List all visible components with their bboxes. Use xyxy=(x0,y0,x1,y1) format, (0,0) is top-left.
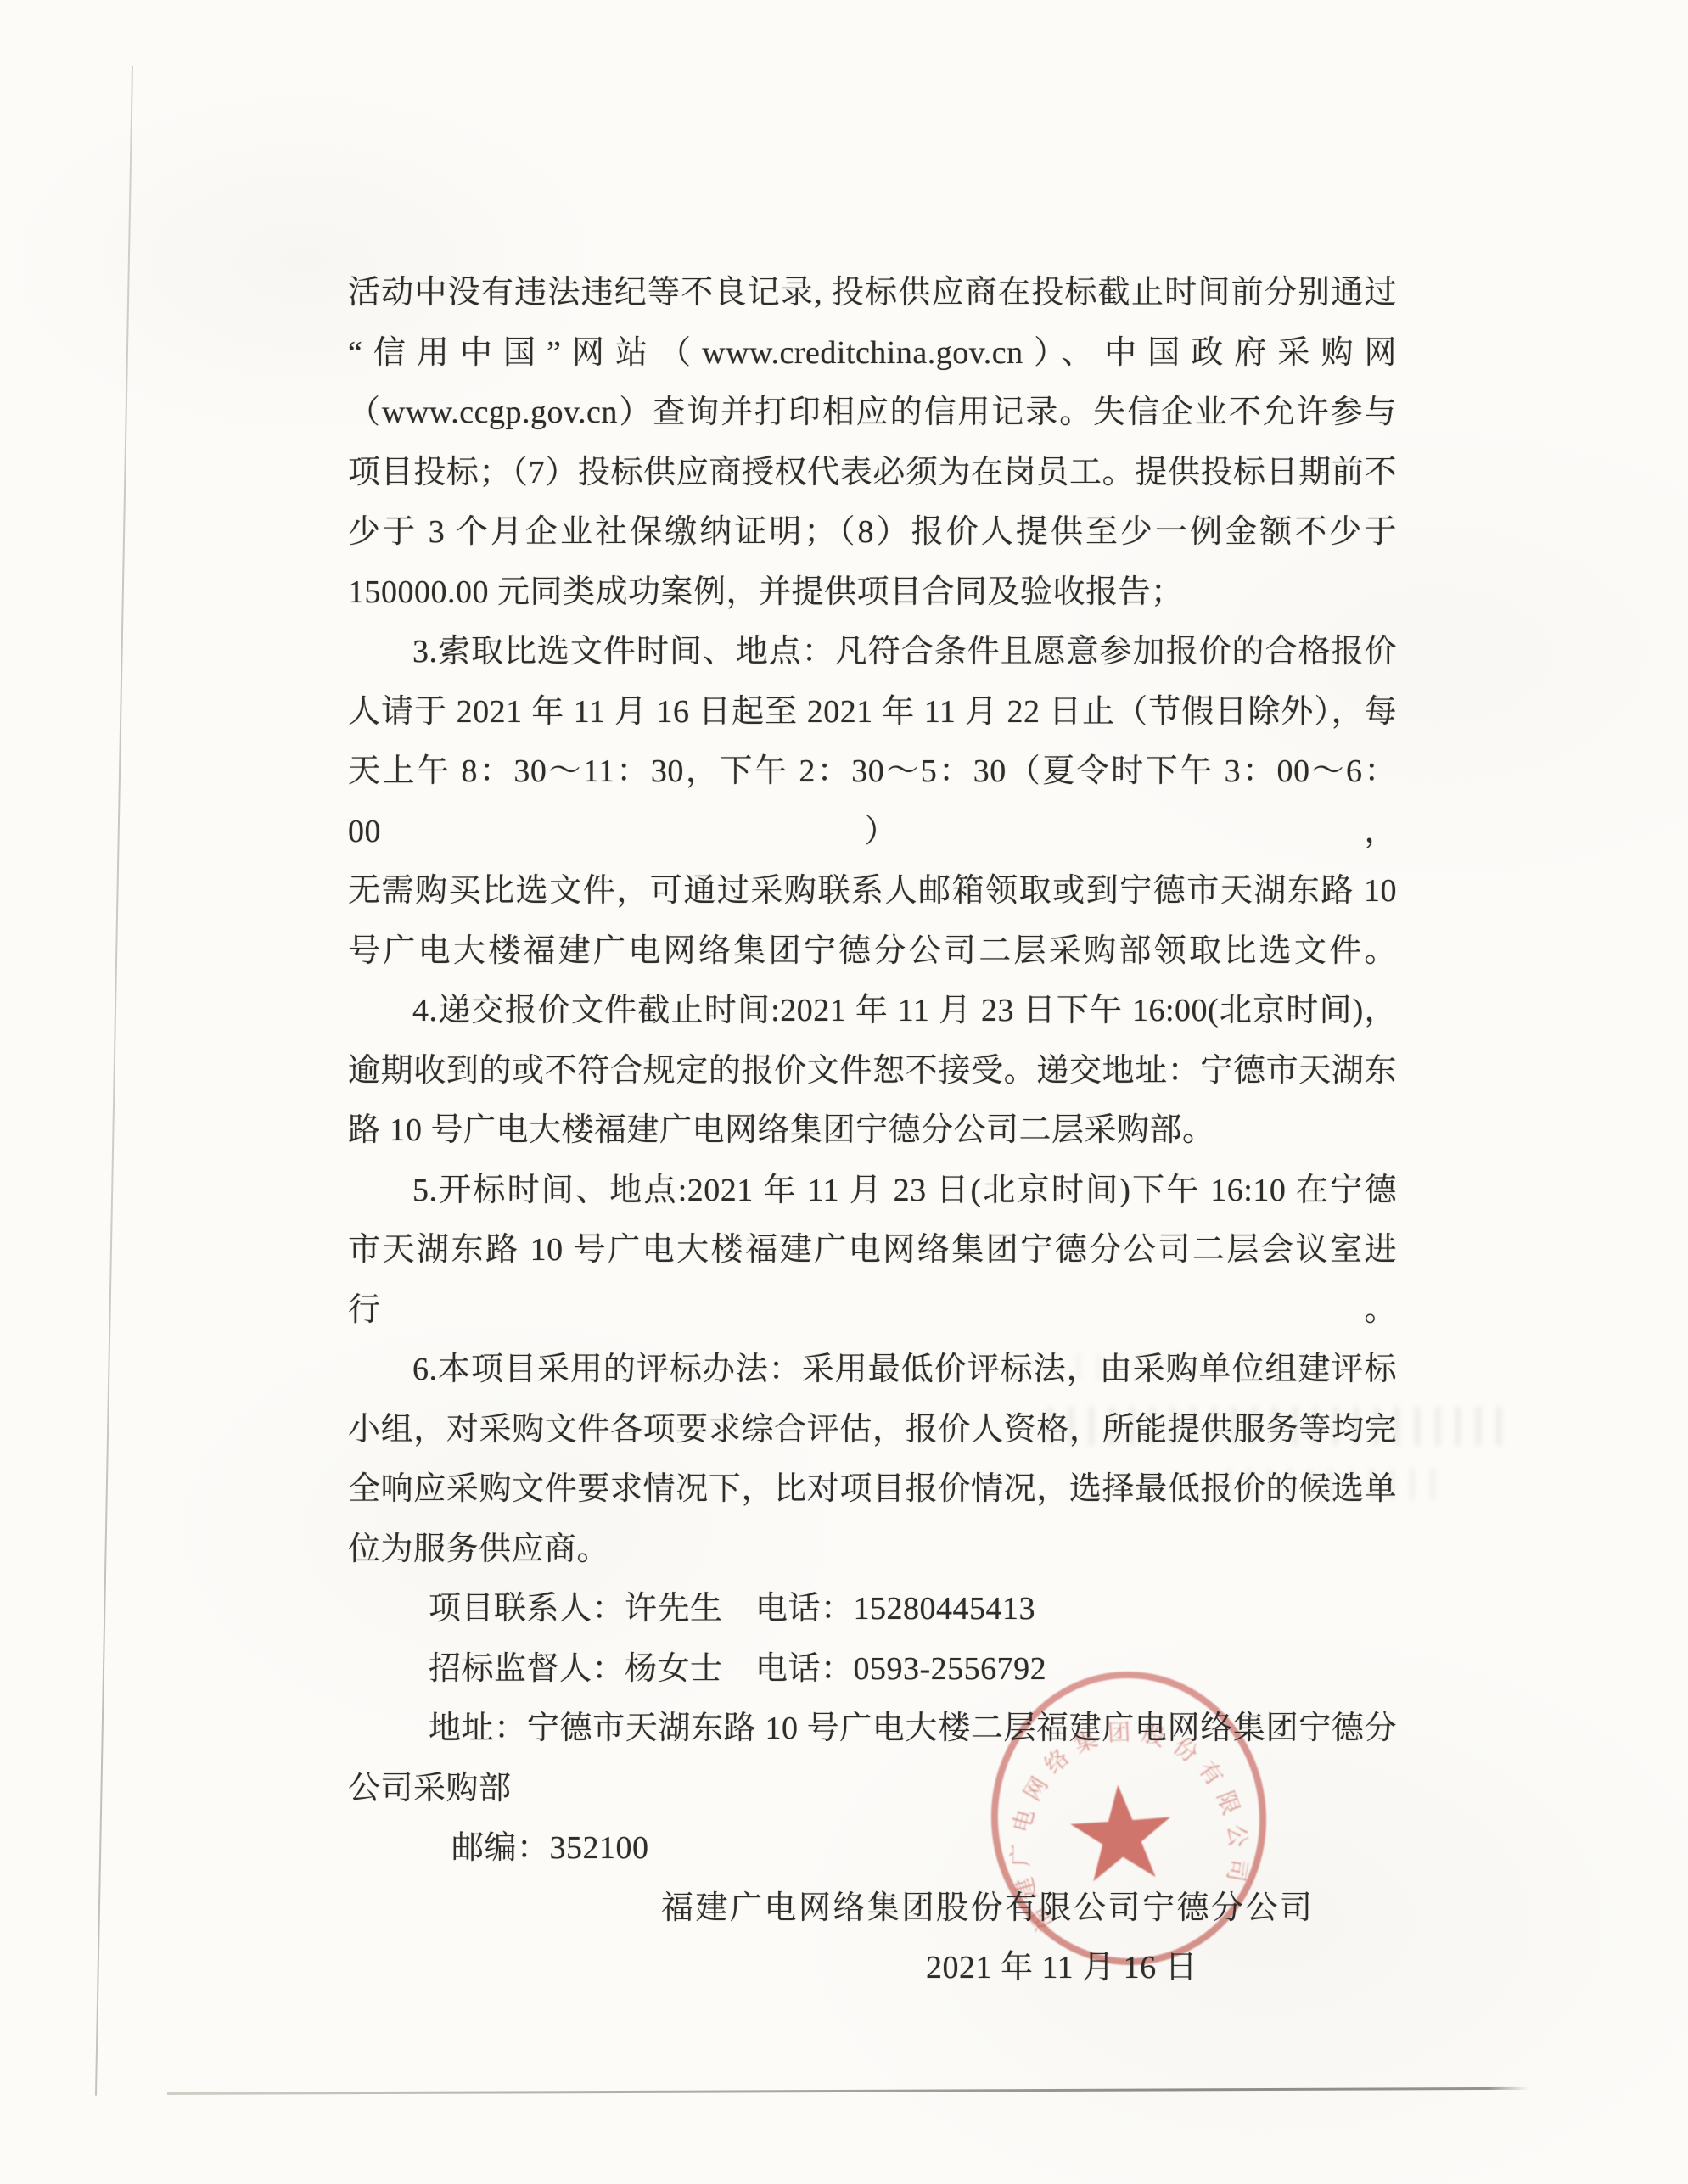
doc-line: 天上午 8：30～11：30，下午 2：30～5：30（夏令时下午 3：00～6… xyxy=(348,742,1397,861)
document-text-block: 活动中没有违法违纪等不良记录, 投标供应商在投标截止时间前分别通过 “信用中国”… xyxy=(348,263,1397,1998)
page-left-edge xyxy=(95,66,133,2096)
doc-line-project-contact: 项目联系人：许先生 电话：15280445413 xyxy=(348,1579,1397,1639)
doc-line-address-cont: 公司采购部 xyxy=(348,1759,1397,1819)
doc-line: 少于 3 个月企业社保缴纳证明；（8）报价人提供至少一例金额不少于 xyxy=(348,502,1397,563)
doc-line: 逾期收到的或不符合规定的报价文件恕不接受。递交地址：宁德市天湖东 xyxy=(348,1041,1397,1101)
doc-line: 位为服务供应商。 xyxy=(348,1520,1397,1580)
page-bottom-edge xyxy=(167,2087,1528,2095)
doc-line: 150000.00 元同类成功案例，并提供项目合同及验收报告； xyxy=(348,563,1397,623)
doc-line-section-6: 6.本项目采用的评标办法：采用最低价评标法，由采购单位组建评标 xyxy=(348,1340,1397,1400)
doc-line: 市天湖东路 10 号广电大楼福建广电网络集团宁德分公司二层会议室进行。 xyxy=(348,1220,1397,1340)
doc-line: 项目投标；（7）投标供应商授权代表必须为在岗员工。提供投标日期前不 xyxy=(348,443,1397,503)
doc-line: （www.ccgp.gov.cn）查询并打印相应的信用记录。失信企业不允许参与 xyxy=(348,383,1397,443)
doc-line-section-3: 3.索取比选文件时间、地点：凡符合条件且愿意参加报价的合格报价 xyxy=(348,622,1397,682)
doc-line-section-5: 5.开标时间、地点:2021 年 11 月 23 日(北京时间)下午 16:10… xyxy=(348,1161,1397,1221)
doc-line: 全响应采购文件要求情况下，比对项目报价情况，选择最低报价的候选单 xyxy=(348,1459,1397,1520)
doc-line: 人请于 2021 年 11 月 16 日起至 2021 年 11 月 22 日止… xyxy=(348,682,1397,742)
doc-line-postcode: 邮编：352100 xyxy=(348,1818,1397,1879)
doc-line: 号广电大楼福建广电网络集团宁德分公司二层采购部领取比选文件。 xyxy=(348,921,1397,982)
doc-line: “信用中国”网站（www.creditchina.gov.cn）、中国政府采购网 xyxy=(348,323,1397,384)
doc-line: 路 10 号广电大楼福建广电网络集团宁德分公司二层采购部。 xyxy=(348,1100,1397,1161)
signature-company: 福建广电网络集团股份有限公司宁德分公司 xyxy=(348,1879,1397,1939)
doc-line: 活动中没有违法违纪等不良记录, 投标供应商在投标截止时间前分别通过 xyxy=(348,263,1397,323)
doc-line: 无需购买比选文件，可通过采购联系人邮箱领取或到宁德市天湖东路 10 xyxy=(348,861,1397,921)
doc-line-supervisor-contact: 招标监督人：杨女士 电话：0593-2556792 xyxy=(348,1639,1397,1700)
doc-line-address: 地址：宁德市天湖东路 10 号广电大楼二层福建广电网络集团宁德分 xyxy=(348,1699,1397,1759)
doc-line-section-4: 4.递交报价文件截止时间:2021 年 11 月 23 日下午 16:00(北京… xyxy=(348,981,1397,1041)
doc-line: 小组，对采购文件各项要求综合评估，报价人资格，所能提供服务等均完 xyxy=(348,1400,1397,1460)
signature-date: 2021 年 11 月 16 日 xyxy=(348,1938,1397,1998)
